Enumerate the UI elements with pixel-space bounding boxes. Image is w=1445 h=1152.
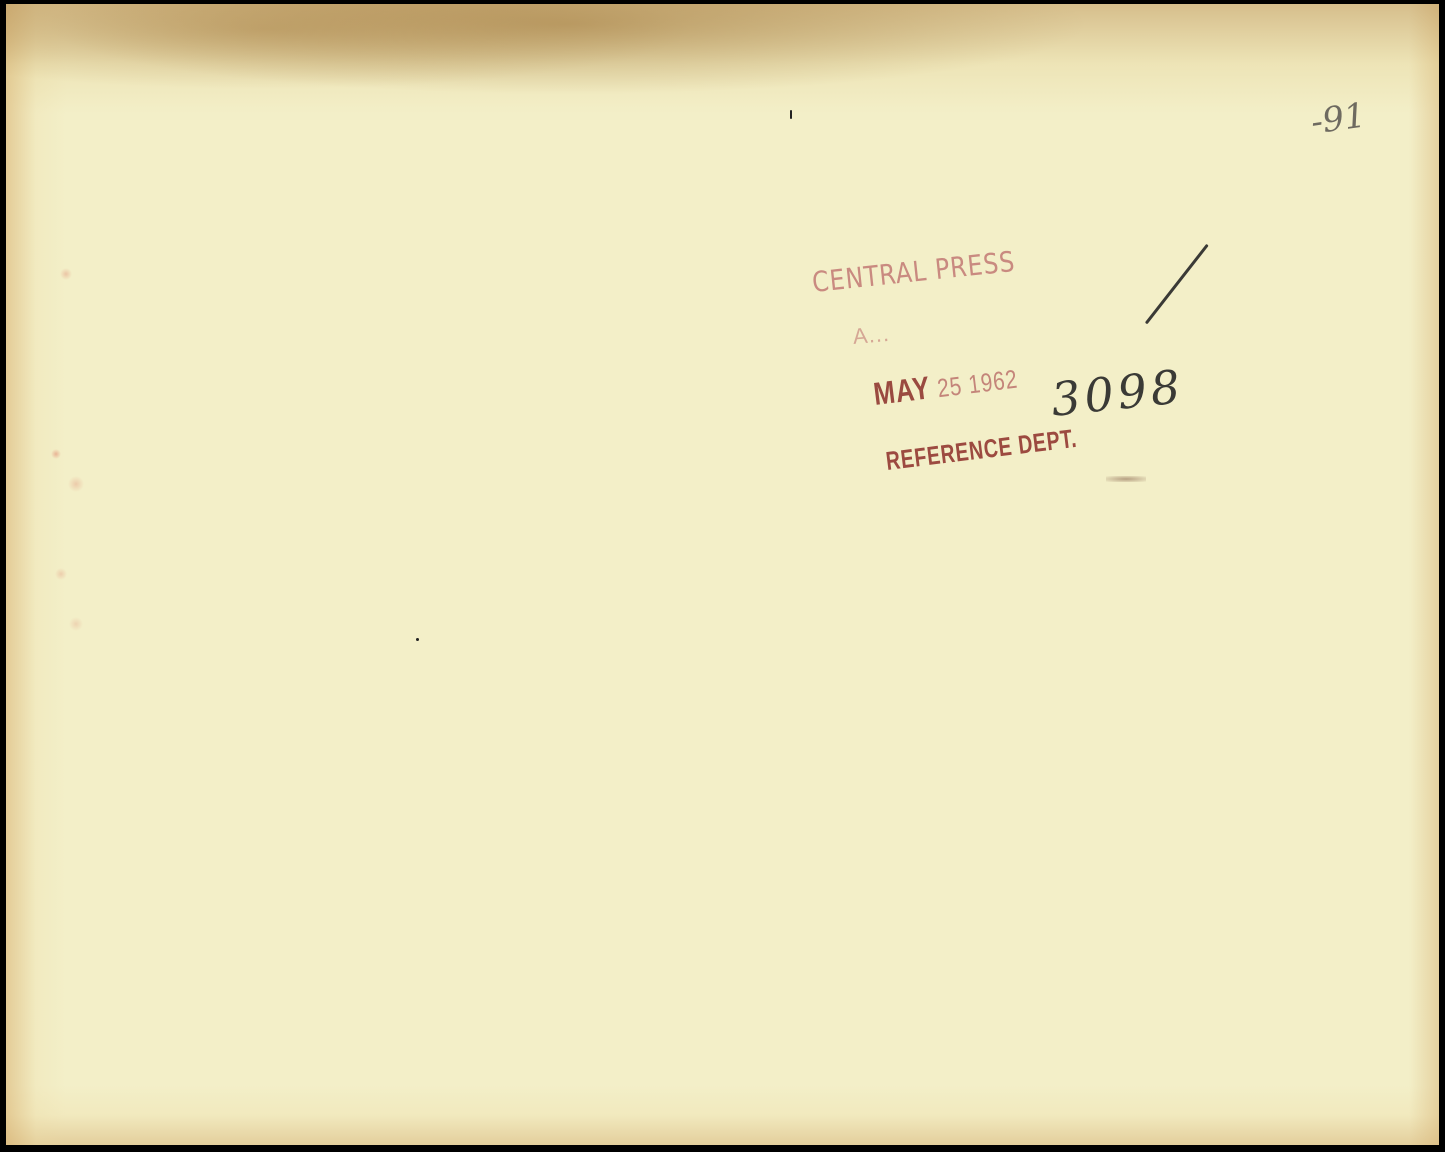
check-stroke (1145, 244, 1209, 325)
smudge (1106, 476, 1146, 482)
pencil-mark (790, 110, 792, 119)
photo-back-paper: -91 CENTRAL PRESS A... MAY 25 1962 3098 … (6, 4, 1439, 1145)
department-stamp: REFERENCE DEPT. (884, 423, 1079, 477)
date-stamp-month: MAY (871, 369, 932, 412)
agency-stamp-subline: A... (852, 321, 891, 350)
corner-annotation: -91 (1308, 95, 1368, 142)
reference-number: 3098 (1049, 359, 1187, 427)
date-stamp-day-year: 25 1962 (936, 364, 1020, 404)
speck (416, 638, 419, 641)
agency-stamp: CENTRAL PRESS (811, 245, 1017, 299)
date-stamp: MAY 25 1962 (871, 359, 1019, 413)
ink-stain (26, 244, 136, 664)
